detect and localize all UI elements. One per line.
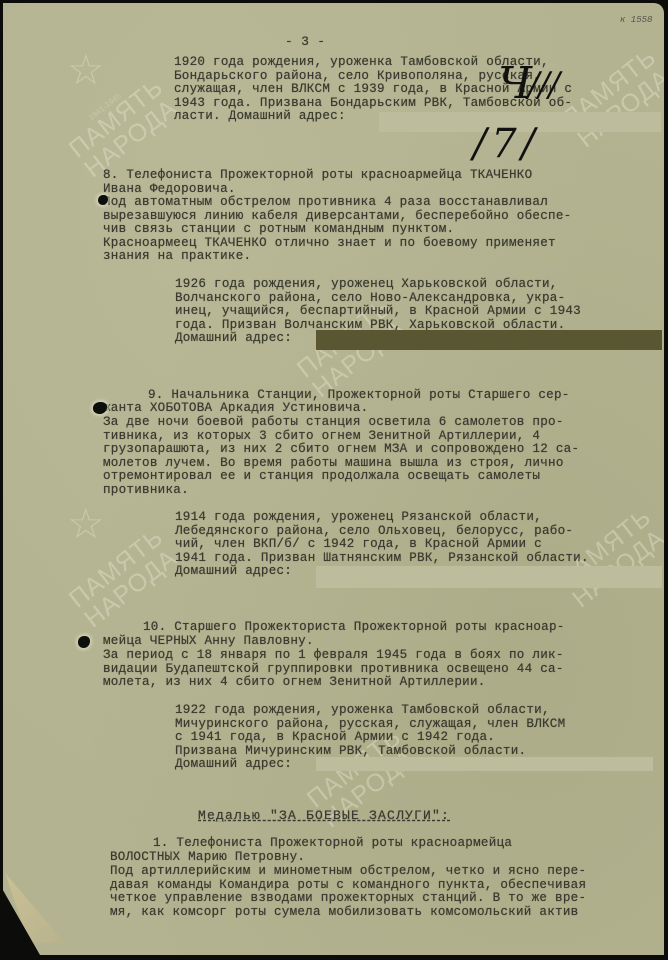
entry-body: Под автоматным обстрелом противника 4 ра…: [103, 196, 571, 264]
redacted-address: [316, 330, 662, 350]
handwritten-mark: Ч: [498, 58, 532, 109]
watermark-text: ПАМЯТЬ НАРОДА: [558, 45, 664, 153]
redacted-address: [316, 566, 662, 588]
entry-body: За период с 18 января по 1 февраля 1945 …: [103, 649, 564, 690]
entry-heading: 10. Старшего Прожекториста Прожекторной …: [143, 621, 565, 635]
watermark-years: 1941-1945: [87, 91, 123, 122]
handwritten-mark: / / /: [528, 65, 554, 105]
star-icon: ☆: [67, 503, 105, 545]
entry-heading: ВОЛОСТНЫХ Марию Петровну.: [110, 851, 305, 865]
entry-heading: 1. Телефониста Прожекторной роты красноа…: [153, 837, 512, 851]
entry-heading: жанта ХОБОТОВА Аркадия Устиновича.: [103, 402, 368, 416]
document-page: ☆ 1941-1945 ПАМЯТЬ НАРОДА ПАМЯТЬ НАРОДА …: [3, 3, 664, 955]
page-corner-shadow: [0, 885, 40, 955]
archive-number: к 1558: [620, 15, 652, 25]
entry-heading: 8. Телефониста Прожекторной роты красноа…: [103, 169, 532, 196]
entry-body: За две ночи боевой работы станция освети…: [103, 416, 579, 497]
page-number: - 3 -: [285, 35, 325, 49]
punch-hole: [78, 636, 90, 648]
section-heading: Медалью "ЗА БОЕВЫЕ ЗАСЛУГИ":: [198, 809, 450, 823]
entry-body: Под артиллерийским и минометным обстрело…: [110, 865, 586, 919]
handwritten-mark: / 7 /: [473, 121, 531, 167]
entry-heading: мейца ЧЕРНЫХ Анну Павловну.: [103, 635, 314, 649]
redacted-address: [316, 757, 653, 771]
star-icon: ☆: [67, 49, 105, 91]
